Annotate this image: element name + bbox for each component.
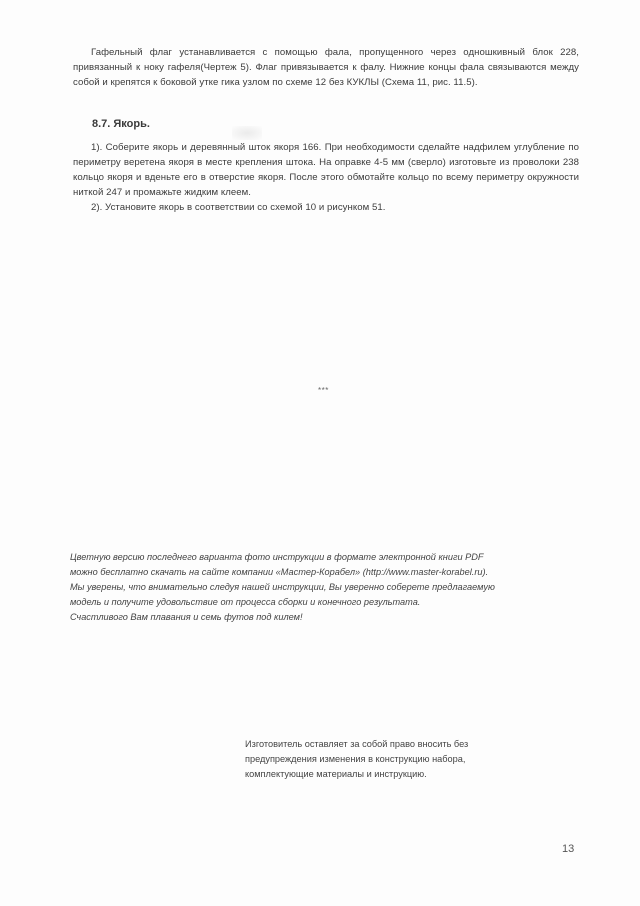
step-2: 2). Установите якорь в соответствии со с… — [73, 200, 579, 215]
step-1: 1). Соберите якорь и деревянный шток яко… — [73, 140, 579, 200]
disclaimer-line: Изготовитель оставляет за собой право вн… — [245, 737, 535, 752]
scan-artifact — [232, 126, 262, 140]
closing-note-line: Цветную версию последнего варианта фото … — [70, 550, 590, 565]
anchor-steps: 1). Соберите якорь и деревянный шток яко… — [73, 140, 579, 215]
closing-note-line: Мы уверены, что внимательно следуя нашей… — [70, 580, 590, 595]
paragraph-text: Гафельный флаг устанавливается с помощью… — [73, 45, 579, 90]
page-number: 13 — [562, 843, 574, 855]
closing-note: Цветную версию последнего варианта фото … — [70, 550, 590, 625]
disclaimer-line: предупреждения изменения в конструкцию н… — [245, 752, 535, 767]
closing-note-line: модель и получите удовольствие от процес… — [70, 595, 590, 610]
section-heading: 8.7. Якорь. — [92, 118, 150, 130]
closing-note-line: Счастливого Вам плавания и семь футов по… — [70, 610, 590, 625]
disclaimer-line: комплектующие материалы и инструкцию. — [245, 767, 535, 782]
separator-stars: *** — [318, 386, 329, 395]
manufacturer-disclaimer: Изготовитель оставляет за собой право вн… — [245, 737, 535, 782]
closing-note-line: можно бесплатно скачать на сайте компани… — [70, 565, 590, 580]
paragraph-gaff-flag: Гафельный флаг устанавливается с помощью… — [73, 45, 579, 90]
document-page: Гафельный флаг устанавливается с помощью… — [0, 0, 640, 906]
